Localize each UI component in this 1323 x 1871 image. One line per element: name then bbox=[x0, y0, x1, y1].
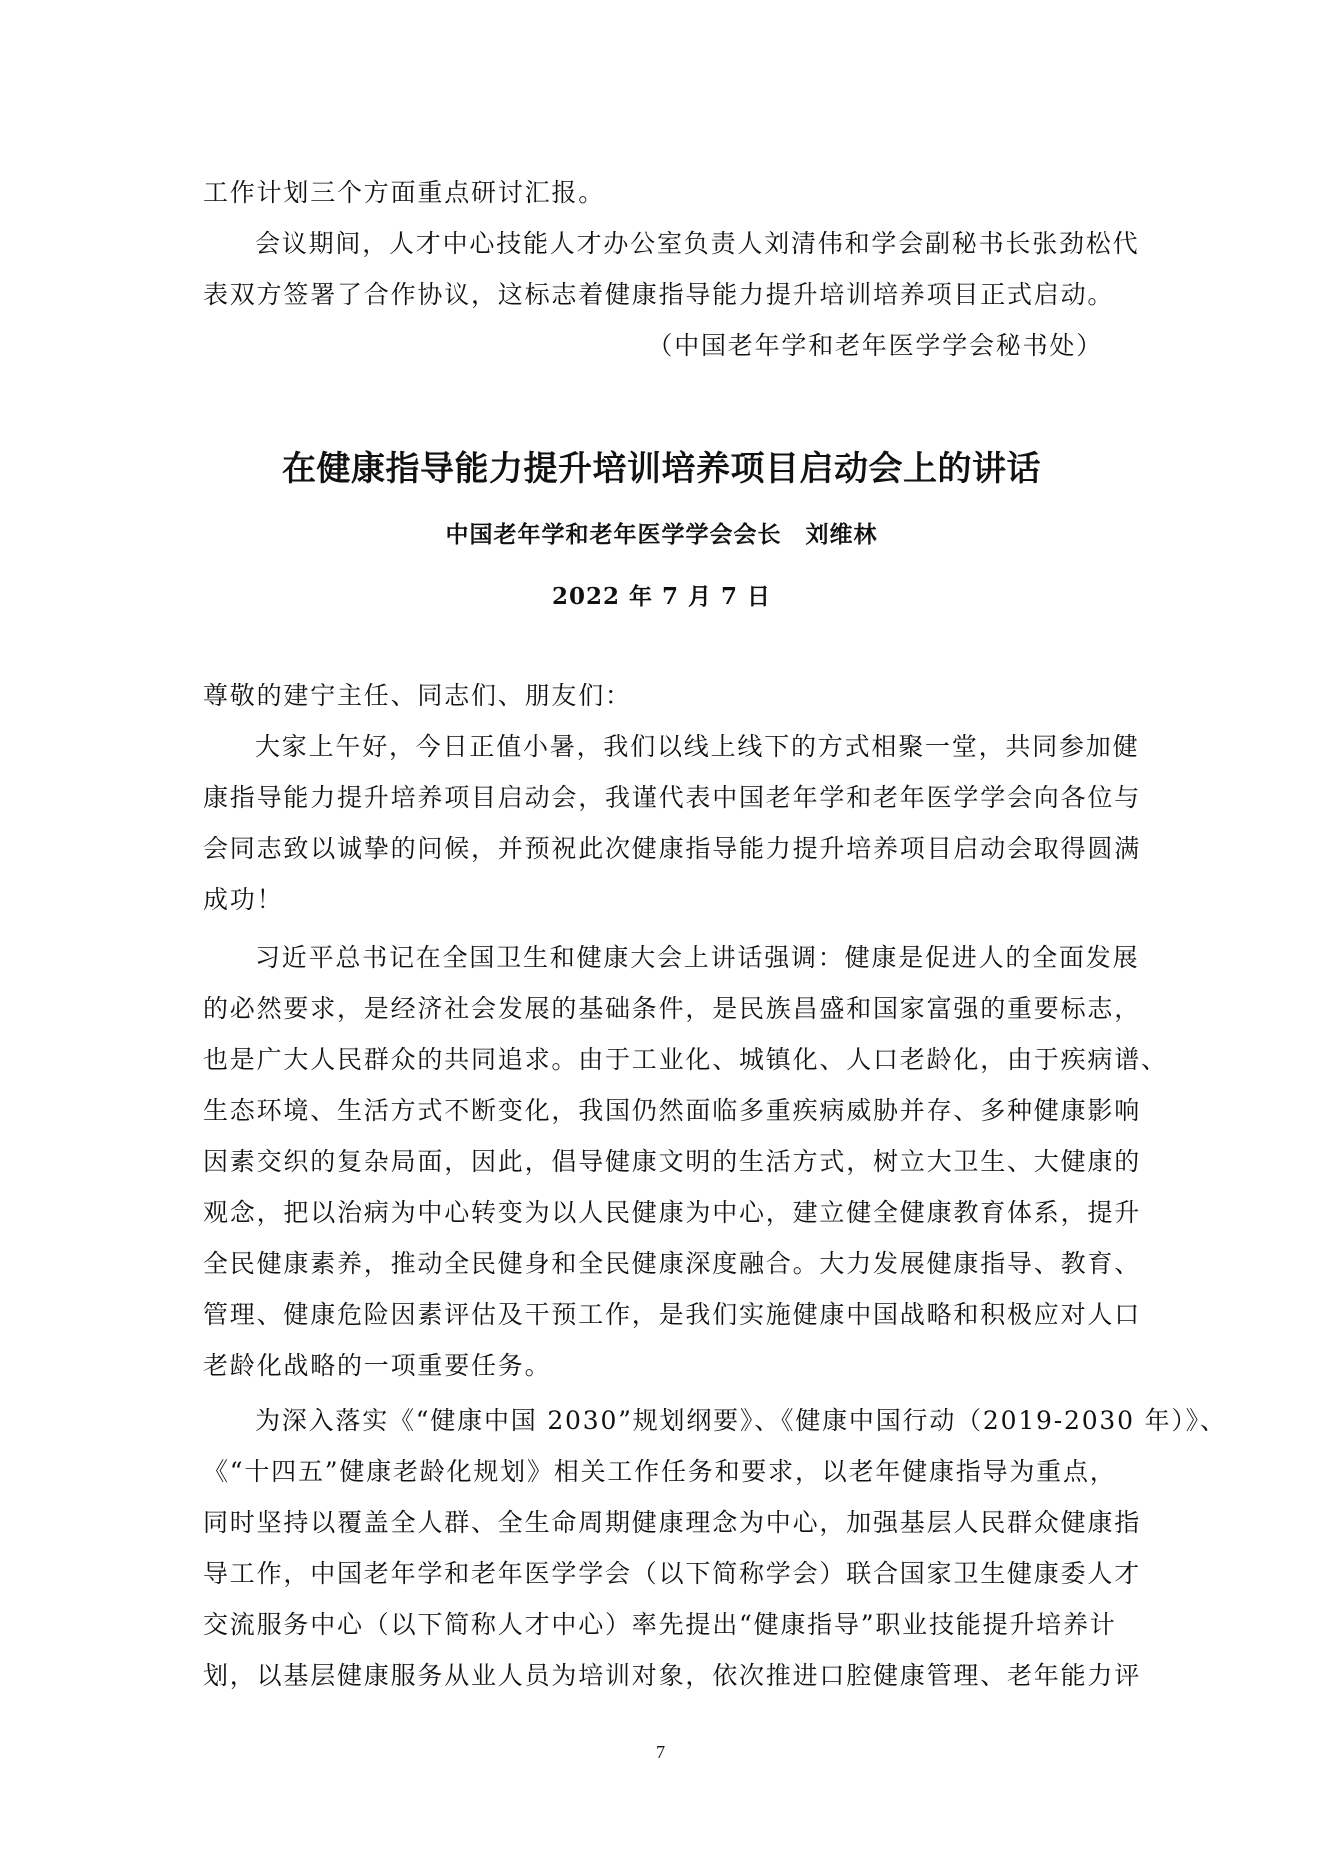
paragraph-line: 导工作，中国老年学和老年医学学会（以下简称学会）联合国家卫生健康委人才 bbox=[203, 1557, 1127, 1591]
attribution: （中国老年学和老年医学学会秘书处） bbox=[203, 329, 1103, 363]
paragraph-line: 成功！ bbox=[203, 883, 1127, 917]
paragraph-line: 同时坚持以覆盖全人群、全生命周期健康理念为中心，加强基层人民群众健康指 bbox=[203, 1506, 1127, 1540]
paragraph-line: 全民健康素养，推动全民健身和全民健康深度融合。大力发展健康指导、教育、 bbox=[203, 1247, 1127, 1281]
paragraph-line: 《“十四五”健康老龄化规划》相关工作任务和要求，以老年健康指导为重点， bbox=[203, 1455, 1127, 1489]
paragraph-line: 交流服务中心（以下简称人才中心）率先提出“健康指导”职业技能提升培养计 bbox=[203, 1608, 1127, 1642]
paragraph-line: 习近平总书记在全国卫生和健康大会上讲话强调：健康是促进人的全面发展 bbox=[255, 941, 1127, 975]
paragraph-line: 大家上午好，今日正值小暑，我们以线上线下的方式相聚一堂，共同参加健 bbox=[255, 730, 1127, 764]
paragraph-line: 划，以基层健康服务从业人员为培训对象，依次推进口腔健康管理、老年能力评 bbox=[203, 1659, 1127, 1693]
paragraph-line: 也是广大人民群众的共同追求。由于工业化、城镇化、人口老龄化，由于疾病谱、 bbox=[203, 1043, 1127, 1077]
paragraph-line: 为深入落实《“健康中国 2030”规划纲要》、《健康中国行动（2019-2030… bbox=[255, 1404, 1127, 1438]
paragraph-line: 观念，把以治病为中心转变为以人民健康为中心，建立健全健康教育体系，提升 bbox=[203, 1196, 1127, 1230]
continuation-line: 工作计划三个方面重点研讨汇报。 bbox=[203, 176, 1127, 210]
author-line: 中国老年学和老年医学学会会长 刘维林 bbox=[0, 518, 1323, 552]
paragraph-line: 会同志致以诚挚的问候，并预祝此次健康指导能力提升培养项目启动会取得圆满 bbox=[203, 832, 1127, 866]
continuation-line: 表双方签署了合作协议，这标志着健康指导能力提升培训培养项目正式启动。 bbox=[203, 278, 1127, 312]
paragraph-line: 管理、健康危险因素评估及干预工作，是我们实施健康中国战略和积极应对人口 bbox=[203, 1298, 1127, 1332]
paragraph-line: 的必然要求，是经济社会发展的基础条件，是民族昌盛和国家富强的重要标志， bbox=[203, 992, 1127, 1026]
document-page: 工作计划三个方面重点研讨汇报。 会议期间，人才中心技能人才办公室负责人刘清伟和学… bbox=[0, 0, 1323, 1871]
salutation: 尊敬的建宁主任、同志们、朋友们： bbox=[203, 679, 1127, 713]
paragraph-line: 康指导能力提升培养项目启动会，我谨代表中国老年学和老年医学学会向各位与 bbox=[203, 781, 1127, 815]
paragraph-line: 因素交织的复杂局面，因此，倡导健康文明的生活方式，树立大卫生、大健康的 bbox=[203, 1145, 1127, 1179]
paragraph-line: 老龄化战略的一项重要任务。 bbox=[203, 1349, 1127, 1383]
article-title: 在健康指导能力提升培训培养项目启动会上的讲话 bbox=[0, 447, 1323, 491]
paragraph-line: 生态环境、生活方式不断变化，我国仍然面临多重疾病威胁并存、多种健康影响 bbox=[203, 1094, 1127, 1128]
article-date: 2022 年 7 月 7 日 bbox=[0, 580, 1323, 614]
continuation-line: 会议期间，人才中心技能人才办公室负责人刘清伟和学会副秘书长张劲松代 bbox=[255, 227, 1127, 261]
page-number: 7 bbox=[0, 1735, 1323, 1769]
